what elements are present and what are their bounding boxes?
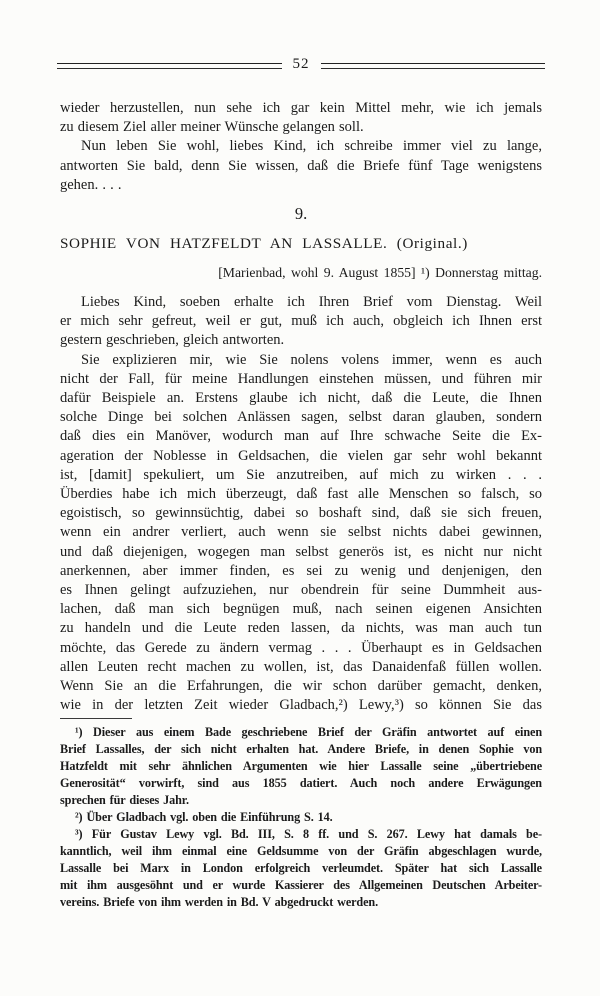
text-line: Wenn Sie an die Erfahrungen, die wir sch… — [60, 677, 542, 696]
text-line: Lassalle bei Marx in London erfolgreich … — [60, 860, 542, 877]
text-line: wie in der letzten Zeit wieder Gladbach,… — [60, 696, 542, 715]
text-line: solche Dinge bei solchen Anlässen sagen,… — [60, 408, 542, 427]
header-rule-right — [321, 63, 546, 69]
text-line: vereins. Briefe von ihm werden in Bd. V … — [60, 894, 542, 911]
text-line: Generosität“ vorwirft, sind aus 1855 dat… — [60, 775, 542, 792]
text-line: sprechen für dieses Jahr. — [60, 792, 542, 809]
text-line: allen Leuten recht machen zu wollen, ist… — [60, 658, 542, 677]
text-line: es Ihnen gelingt aufzuziehen, nur obendr… — [60, 581, 542, 600]
text-line: Überdies habe ich mich überzeugt, daß fa… — [60, 485, 542, 504]
text-line: anerkennen, aber immer finden, es sei zu… — [60, 562, 542, 581]
text-line: lachen, daß man sich begnügen muß, nach … — [60, 600, 542, 619]
text-line: zu handeln und die Leute reden lassen, d… — [60, 619, 542, 638]
section-number: 9. — [60, 204, 542, 223]
text-line: ³) Für Gustav Lewy vgl. Bd. III, S. 8 ff… — [60, 826, 542, 843]
footnotes-block: ¹) Dieser aus einem Bade geschriebene Br… — [60, 724, 542, 911]
letter-heading: SOPHIE VON HATZFELDT AN LASSALLE. (Origi… — [60, 235, 542, 253]
text-line: nicht der Fall, für meine Handlungen ein… — [60, 370, 542, 389]
text-line: Hatzfeldt mit sehr ähnlichen Argumenten … — [60, 758, 542, 775]
text-line: ageration der Noblesse in Geldsachen, di… — [60, 447, 542, 466]
text-line: wenn ein andrer verliert, auch wenn sie … — [60, 523, 542, 542]
letter-paragraph-2: Sie explizieren mir, wie Sie nolens vole… — [60, 351, 542, 716]
text-line: egoistisch, so gewinnsüchtig, dabei so b… — [60, 504, 542, 523]
text-line: gestern geschrieben, gleich antworten. — [60, 331, 542, 350]
paragraph-continuation: wieder herzustellen, nun sehe ich gar ke… — [60, 99, 542, 137]
paragraph-farewell: Nun leben Sie wohl, liebes Kind, ich sch… — [60, 137, 542, 195]
text-line: Sie explizieren mir, wie Sie nolens vole… — [60, 351, 542, 370]
footnote-2: ²) Über Gladbach vgl. oben die Einführun… — [60, 809, 542, 826]
text-line: er mich sehr gefreut, weil er gut, muß i… — [60, 312, 542, 331]
running-head: 52 — [57, 58, 545, 73]
text-line: ist, [damit] spekuliert, um Sie anzutrei… — [60, 466, 542, 485]
text-line: daß dies ein Manöver, wodurch man auf Ih… — [60, 427, 542, 446]
text-line: gehen. . . . — [60, 176, 542, 195]
footnote-separator-rule — [60, 718, 132, 719]
letter-paragraph-1: Liebes Kind, soeben erhalte ich Ihren Br… — [60, 293, 542, 351]
text-line: mit ihm ausgesöhnt und er wurde Kassiere… — [60, 877, 542, 894]
text-line: und daß diejenigen, wogegen man selbst g… — [60, 543, 542, 562]
text-line: möchte, das Gerede zu ändern vermag . . … — [60, 639, 542, 658]
text-line: Brief Lassalles, der sich nicht erhalten… — [60, 741, 542, 758]
text-column: wieder herzustellen, nun sehe ich gar ke… — [60, 99, 542, 911]
text-line: zu diesem Ziel aller meiner Wünsche gela… — [60, 118, 542, 137]
text-line: Liebes Kind, soeben erhalte ich Ihren Br… — [60, 293, 542, 312]
page-number: 52 — [293, 57, 310, 72]
footnote-3: ³) Für Gustav Lewy vgl. Bd. III, S. 8 ff… — [60, 826, 542, 911]
text-line: ²) Über Gladbach vgl. oben die Einführun… — [60, 809, 542, 826]
text-line: ¹) Dieser aus einem Bade geschriebene Br… — [60, 724, 542, 741]
text-line: dafür Beispiele an. Erstens glaube ich n… — [60, 389, 542, 408]
footnote-1: ¹) Dieser aus einem Bade geschriebene Br… — [60, 724, 542, 809]
scanned-book-page: 52 wieder herzustellen, nun sehe ich gar… — [0, 0, 600, 996]
text-line: Nun leben Sie wohl, liebes Kind, ich sch… — [60, 137, 542, 156]
text-line: wieder herzustellen, nun sehe ich gar ke… — [60, 99, 542, 118]
text-line: antworten Sie bald, denn Sie wissen, daß… — [60, 157, 542, 176]
letter-dateline: [Marienbad, wohl 9. August 1855] ¹) Donn… — [60, 264, 542, 281]
header-rule-left — [57, 63, 282, 69]
text-line: kanntlich, weil ihm einmal eine Geldsumm… — [60, 843, 542, 860]
